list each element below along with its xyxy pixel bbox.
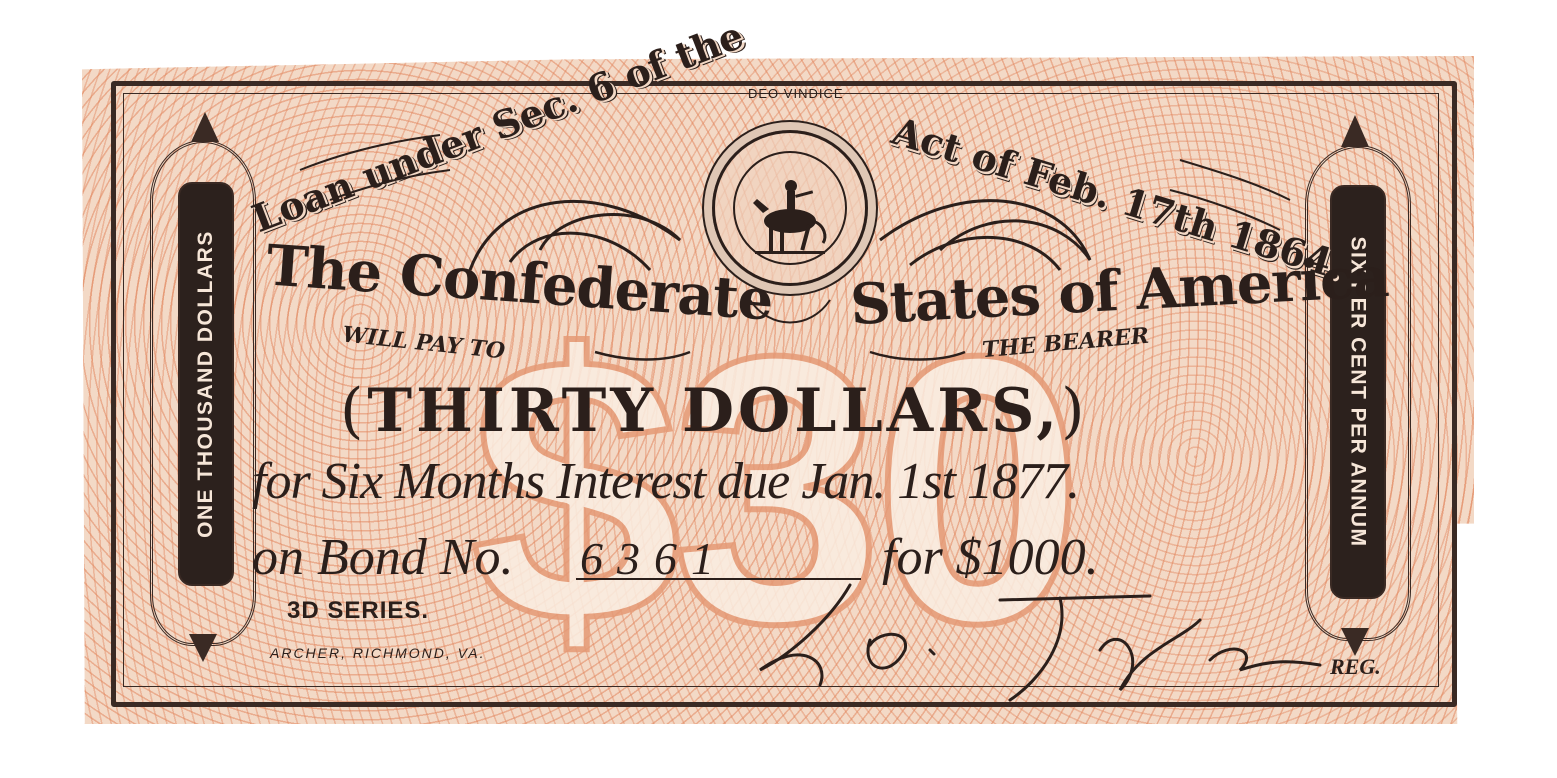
signature-handwriting: [0, 0, 1557, 778]
register-title: REG.: [1330, 654, 1381, 680]
